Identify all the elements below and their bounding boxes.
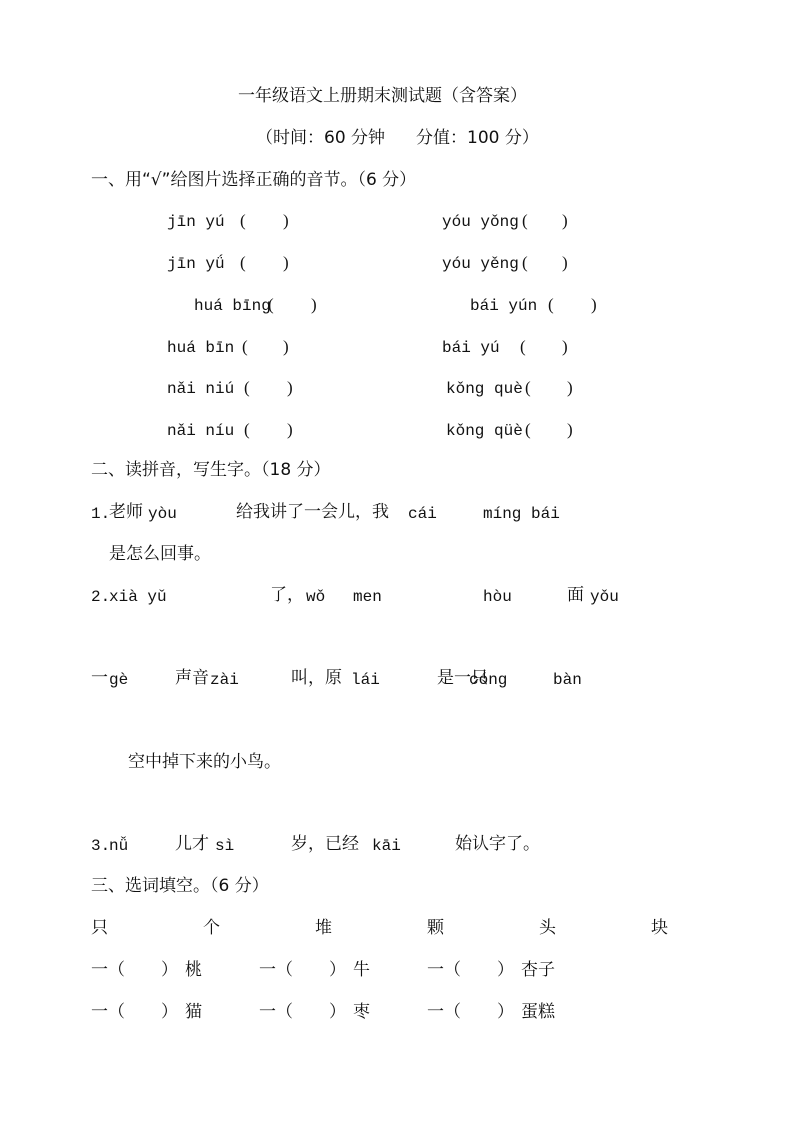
answer-paren-close: ) <box>562 254 568 271</box>
answer-paren-close: ) <box>287 379 293 396</box>
pinyin-prompt: yòu <box>148 506 177 522</box>
pinyin-option: nǎi niú <box>167 381 234 397</box>
answer-paren-open[interactable]: ( <box>522 254 528 271</box>
question-text: 叫，原 <box>291 670 342 687</box>
answer-paren-close: ) <box>567 379 573 396</box>
pinyin-option: kǒng què <box>446 381 523 397</box>
pinyin-prompt: cóng <box>469 672 507 688</box>
pinyin-option: jīn yú <box>167 214 225 230</box>
answer-paren-open[interactable]: ( <box>525 421 531 438</box>
question-text: 是怎么回事。 <box>109 546 211 563</box>
pinyin-option: yóu yěng <box>442 256 519 272</box>
pinyin-prompt: lái <box>351 672 380 688</box>
pinyin-prompt: míng bái <box>483 506 560 522</box>
pinyin-option: jīn yǘ <box>167 256 225 272</box>
question-text: 老师 <box>109 504 143 521</box>
fill-noun: 猫 <box>185 1004 202 1021</box>
fill-prefix: 一（ <box>259 962 293 979</box>
answer-paren-close: ) <box>283 338 289 355</box>
question-text: 空中掉下来的小鸟。 <box>128 754 281 771</box>
answer-paren-open[interactable]: ( <box>240 212 246 229</box>
answer-paren-open[interactable]: ( <box>268 296 274 313</box>
section2-heading: 二、读拼音，写生字。（18 分） <box>91 462 331 479</box>
question-number: 3. <box>91 838 110 854</box>
question-text: 给我讲了一会儿，我 <box>236 504 389 521</box>
fill-blank-close[interactable]: ） <box>161 962 178 979</box>
pinyin-option: nǎi níu <box>167 423 234 439</box>
fill-blank-close[interactable]: ） <box>497 962 514 979</box>
pinyin-option: yóu yǒng <box>442 214 519 230</box>
pinyin-prompt: wǒ <box>306 589 325 605</box>
pinyin-option: bái yún <box>470 298 537 314</box>
pinyin-option: kǒng qüè <box>446 423 523 439</box>
pinyin-prompt: zài <box>210 672 239 688</box>
total-score: 分值：100 分） <box>416 130 539 147</box>
fill-blank-close[interactable]: ） <box>161 1004 178 1021</box>
pinyin-prompt: kāi <box>372 838 401 854</box>
answer-paren-open[interactable]: ( <box>242 338 248 355</box>
section3-heading: 三、选词填空。（6 分） <box>91 878 269 895</box>
answer-paren-close: ) <box>283 254 289 271</box>
fill-blank-close[interactable]: ） <box>329 962 346 979</box>
answer-paren-open[interactable]: ( <box>548 296 554 313</box>
pinyin-prompt: sì <box>215 838 234 854</box>
time-limit: （时间：60 分钟 <box>256 130 385 147</box>
question-text: 声音 <box>175 670 209 687</box>
question-text: 始认字了。 <box>455 836 540 853</box>
answer-paren-open[interactable]: ( <box>244 421 250 438</box>
question-text: 一 <box>91 670 108 687</box>
fill-noun: 桃 <box>185 962 202 979</box>
fill-noun: 牛 <box>353 962 370 979</box>
word-option: 头 <box>539 920 556 937</box>
word-option: 只 <box>91 920 108 937</box>
question-text: 儿才 <box>175 836 209 853</box>
answer-paren-close: ) <box>562 212 568 229</box>
fill-prefix: 一（ <box>91 1004 125 1021</box>
pinyin-prompt: men <box>353 589 382 605</box>
answer-paren-close: ) <box>562 338 568 355</box>
pinyin-prompt: bàn <box>553 672 582 688</box>
answer-paren-close: ) <box>311 296 317 313</box>
answer-paren-close: ) <box>283 212 289 229</box>
answer-paren-open[interactable]: ( <box>525 379 531 396</box>
fill-prefix: 一（ <box>91 962 125 979</box>
pinyin-prompt: xià yǔ <box>109 589 167 605</box>
answer-paren-close: ) <box>287 421 293 438</box>
word-option: 块 <box>651 920 668 937</box>
word-option: 颗 <box>427 920 444 937</box>
word-option: 堆 <box>315 920 332 937</box>
question-number: 1. <box>91 506 110 522</box>
pinyin-option: bái yú <box>442 340 500 356</box>
answer-paren-close: ) <box>567 421 573 438</box>
question-text: 了， <box>270 587 304 604</box>
question-number: 2. <box>91 589 110 605</box>
fill-noun: 蛋糕 <box>521 1004 555 1021</box>
word-option: 个 <box>203 920 220 937</box>
pinyin-prompt: cái <box>408 506 437 522</box>
section1-heading: 一、用“√”给图片选择正确的音节。（6 分） <box>91 172 416 189</box>
pinyin-prompt: nǚ <box>109 838 128 854</box>
answer-paren-open[interactable]: ( <box>520 338 526 355</box>
fill-prefix: 一（ <box>259 1004 293 1021</box>
pinyin-prompt: hòu <box>483 589 512 605</box>
fill-noun: 杏子 <box>521 962 555 979</box>
fill-prefix: 一（ <box>427 1004 461 1021</box>
pinyin-prompt: gè <box>109 672 128 688</box>
pinyin-prompt: yǒu <box>590 589 619 605</box>
answer-paren-open[interactable]: ( <box>244 379 250 396</box>
fill-noun: 枣 <box>353 1004 370 1021</box>
fill-prefix: 一（ <box>427 962 461 979</box>
answer-paren-open[interactable]: ( <box>522 212 528 229</box>
question-text: 岁，已经 <box>291 836 359 853</box>
answer-paren-close: ) <box>591 296 597 313</box>
pinyin-option: huá bīn <box>167 340 234 356</box>
fill-blank-close[interactable]: ） <box>329 1004 346 1021</box>
question-text: 面 <box>567 587 584 604</box>
page-title: 一年级语文上册期末测试题（含答案） <box>238 88 527 105</box>
fill-blank-close[interactable]: ） <box>497 1004 514 1021</box>
pinyin-option: huá bīng <box>194 298 271 314</box>
answer-paren-open[interactable]: ( <box>240 254 246 271</box>
